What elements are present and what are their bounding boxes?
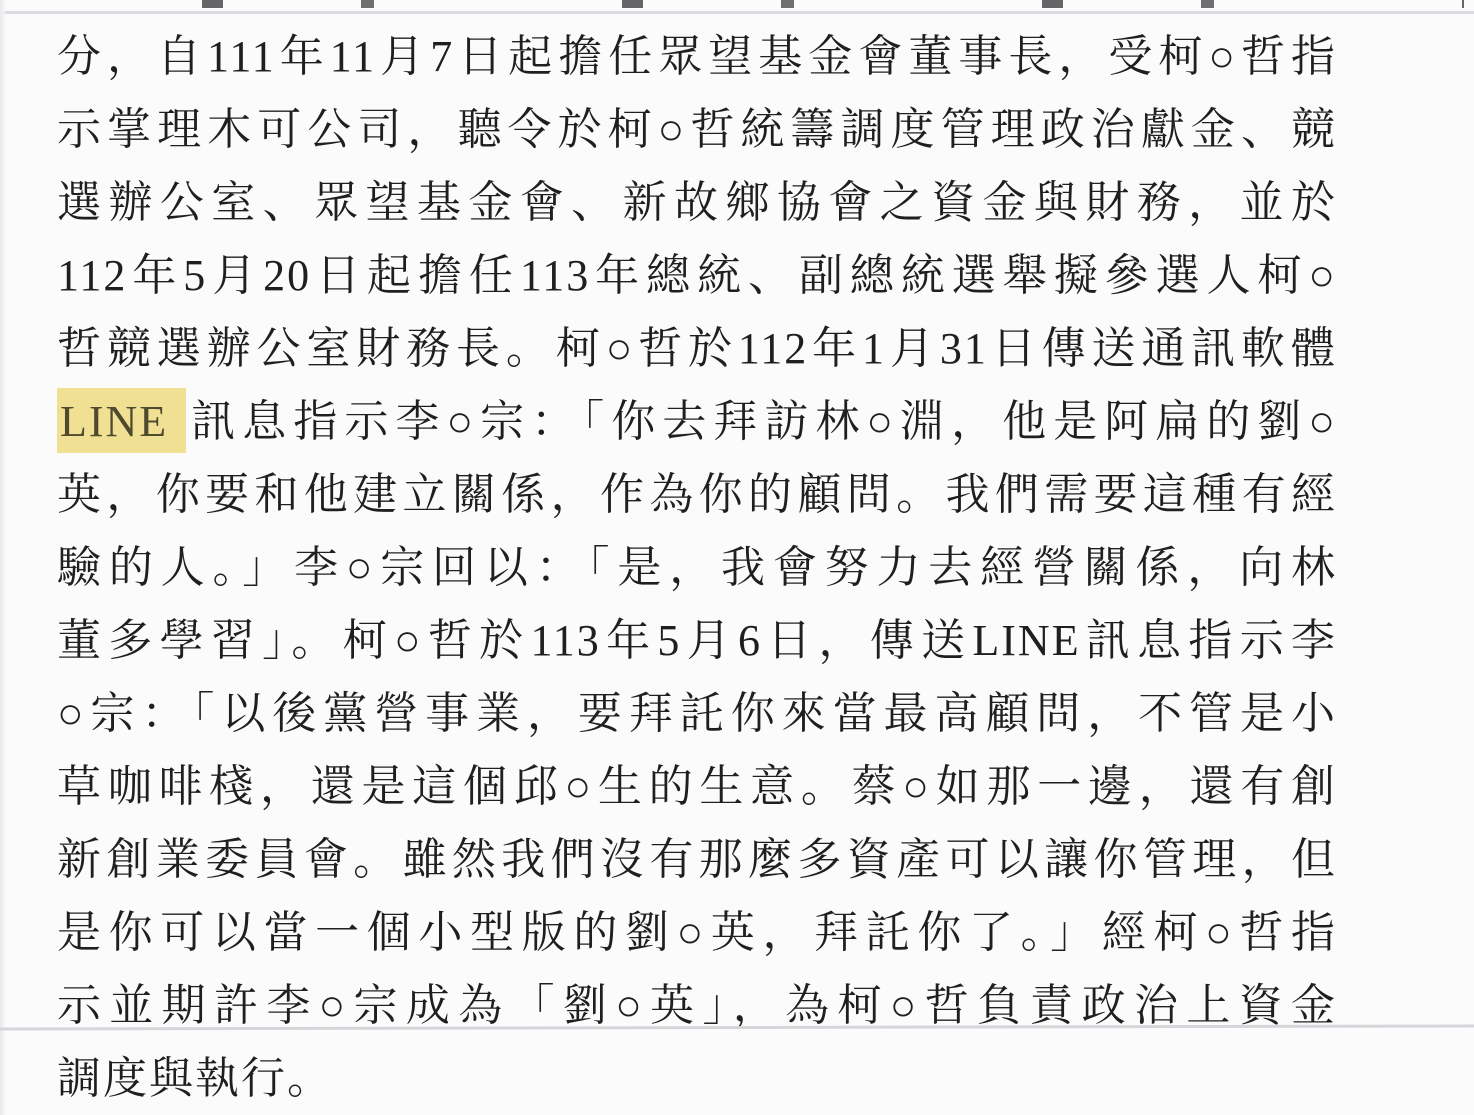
- scan-edge-shading: [0, 0, 6, 1115]
- line-text: 草咖啡棧，還是這個邱○生的生意。蔡○如那一邊，還有創: [57, 762, 1337, 811]
- text-line: 選辦公室、眾望基金會、新故鄉協會之資金與財務，並於: [57, 166, 1337, 239]
- text-line: 驗的人。」李○宗回以：「是，我會努力去經營關係，向林: [57, 531, 1337, 604]
- line-text: 112年5月20日起擔任113年總統、副總統選舉擬參選人柯○: [57, 251, 1337, 300]
- text-line: 新創業委員會。雖然我們沒有那麼多資產可以讓你管理，但: [57, 823, 1337, 896]
- text-line: 哲競選辦公室財務長。柯○哲於112年1月31日傳送通訊軟體: [57, 312, 1337, 385]
- document-text-block: 分，自111年11月7日起擔任眾望基金會董事長，受柯○哲指 示掌理木可公司，聽令…: [57, 20, 1342, 1115]
- cut-off-text-fragments: [60, 0, 1464, 8]
- text-line: 英，你要和他建立關係，作為你的顧問。我們需要這種有經: [57, 458, 1337, 531]
- line-text-after-highlight: 訊息指示李○宗：「你去拜訪林○淵，他是阿扁的劉○: [186, 397, 1337, 446]
- text-line: 分，自111年11月7日起擔任眾望基金會董事長，受柯○哲指: [57, 20, 1337, 93]
- scan-artifact-line-top: [0, 11, 1474, 14]
- text-line: 112年5月20日起擔任113年總統、副總統選舉擬參選人柯○: [57, 239, 1337, 312]
- line-text: 哲競選辦公室財務長。柯○哲於112年1月31日傳送通訊軟體: [57, 324, 1337, 373]
- line-text: 示並期許李○宗成為「劉○英」，為柯○哲負責政治上資金: [57, 981, 1337, 1030]
- line-text: 新創業委員會。雖然我們沒有那麼多資產可以讓你管理，但: [57, 835, 1337, 884]
- text-line: LINE訊息指示李○宗：「你去拜訪林○淵，他是阿扁的劉○: [57, 385, 1337, 458]
- scanned-document-page: 分，自111年11月7日起擔任眾望基金會董事長，受柯○哲指 示掌理木可公司，聽令…: [0, 0, 1474, 1115]
- text-line: 董多學習」。柯○哲於113年5月6日，傳送LINE訊息指示李: [57, 604, 1337, 677]
- text-line: 示掌理木可公司，聽令於柯○哲統籌調度管理政治獻金、競: [57, 93, 1337, 166]
- line-text: 驗的人。」李○宗回以：「是，我會努力去經營關係，向林: [57, 543, 1337, 592]
- line-text: 示掌理木可公司，聽令於柯○哲統籌調度管理政治獻金、競: [57, 105, 1337, 154]
- text-line: 草咖啡棧，還是這個邱○生的生意。蔡○如那一邊，還有創: [57, 750, 1337, 823]
- line-text: 分，自111年11月7日起擔任眾望基金會董事長，受柯○哲指: [57, 32, 1337, 81]
- line-text: 英，你要和他建立關係，作為你的顧問。我們需要這種有經: [57, 470, 1337, 519]
- highlighted-text: LINE: [57, 388, 186, 453]
- line-text: 董多學習」。柯○哲於113年5月6日，傳送LINE訊息指示李: [57, 616, 1337, 665]
- text-line: 是你可以當一個小型版的劉○英，拜託你了。」經柯○哲指: [57, 896, 1337, 969]
- text-line: ○宗：「以後黨營事業，要拜託你來當最高顧問，不管是小: [57, 677, 1337, 750]
- text-line: 示並期許李○宗成為「劉○英」，為柯○哲負責政治上資金: [57, 969, 1337, 1042]
- line-text: 是你可以當一個小型版的劉○英，拜託你了。」經柯○哲指: [57, 908, 1337, 957]
- text-line: 調度與執行。: [57, 1042, 1337, 1115]
- line-text: ○宗：「以後黨營事業，要拜託你來當最高顧問，不管是小: [57, 689, 1337, 738]
- line-text: 調度與執行。: [57, 1054, 333, 1103]
- line-text: 選辦公室、眾望基金會、新故鄉協會之資金與財務，並於: [57, 178, 1337, 227]
